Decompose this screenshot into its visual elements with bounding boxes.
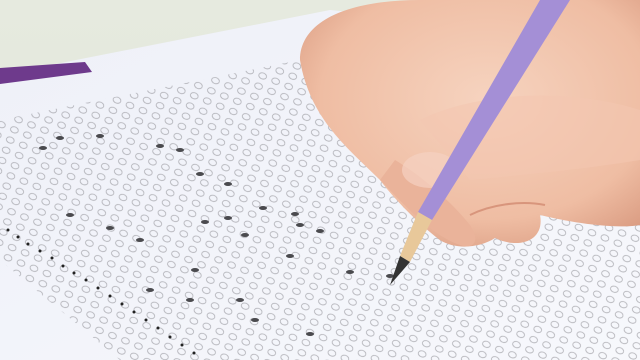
photo-scene: Hand filling in a multiple-choice answer… [0,0,640,360]
photo-illustration [0,0,640,360]
